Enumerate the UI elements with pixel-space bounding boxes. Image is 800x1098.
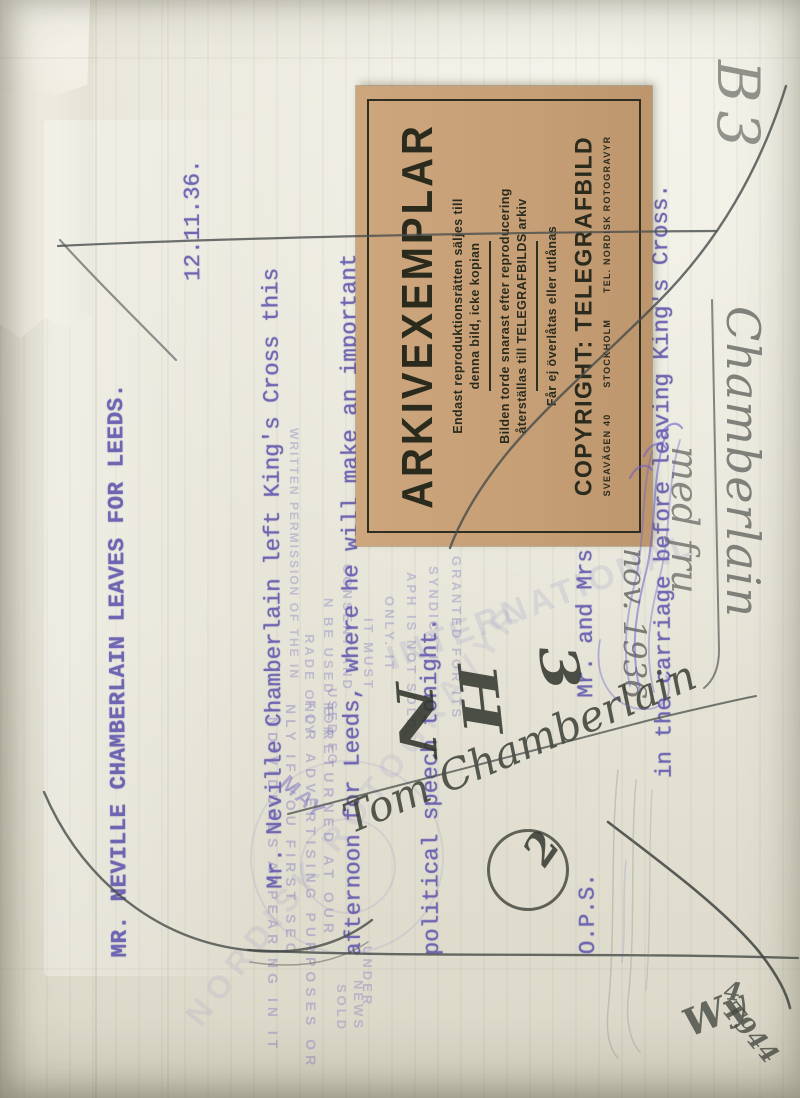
label-divider — [489, 241, 491, 391]
corner-scribble-wy: Wy — [676, 980, 752, 1046]
label-text: denna bild, — [468, 315, 482, 389]
label-text-bold: icke kopian — [468, 243, 482, 316]
caption-date-line: 12.11.36. — [179, 157, 211, 957]
archive-label-frame: ARKIVEXEMPLAR Endast reproduktionsrätten… — [367, 99, 641, 533]
corner-scribble-t944: T944 — [717, 996, 785, 1069]
label-address: SVEAVÄGEN 40 — [602, 414, 612, 497]
caption-line: Mr. Neville Chamberlain left King's Cros… — [257, 156, 289, 956]
label-condition-line: Endast reproduktionsrätten säljes till — [450, 198, 467, 433]
photo-back: INTERNATIONAL NORDISK ROTOGRAVYR GRANTED… — [0, 0, 800, 1098]
circled-number: 2 — [487, 829, 569, 911]
label-text: Endast — [451, 386, 465, 434]
label-return-line1: Bilden torde snarast efter reproducering — [497, 188, 514, 444]
label-address-row: SVEAVÄGEN 40 STOCKHOLM TEL. NORDISK ROTO… — [602, 136, 612, 497]
label-text-bold: reproduktionsrätten — [451, 259, 465, 385]
caption-date: 12.11.36. — [179, 159, 206, 281]
caption-line: in the carriage before leaving King's Cr… — [647, 154, 679, 954]
label-lend-line: Får ej överlåtas eller utlånas — [544, 226, 561, 406]
stamp-fragment: SOLD — [334, 984, 349, 1032]
label-city: STOCKHOLM — [602, 319, 612, 388]
corner-code-b3: B3 — [704, 60, 772, 156]
corner-scribble-4: 4 — [722, 976, 743, 1007]
crease-line — [0, 57, 800, 59]
archive-label: ARKIVEXEMPLAR Endast reproduktionsrätten… — [356, 86, 652, 546]
label-condition-line2: denna bild, icke kopian — [467, 243, 484, 390]
label-divider — [536, 241, 538, 391]
crease-line — [0, 968, 800, 970]
label-copyright: COPYRIGHT: TELEGRAFBILD — [569, 136, 597, 496]
caption-title: MR. NEVILLE CHAMBERLAIN LEAVES FOR LEEDS… — [101, 157, 133, 957]
label-telephone: TEL. NORDISK ROTOGRAVYR — [602, 136, 612, 293]
label-return-line2: återställas till TELEGRAFBILDS arkiv — [514, 198, 531, 433]
stamp-fragment: NEWS — [351, 980, 366, 1031]
typed-caption: MR. NEVILLE CHAMBERLAIN LEAVES FOR LEEDS… — [49, 157, 263, 958]
label-text: säljes till — [451, 198, 465, 259]
archive-label-title: ARKIVEXEMPLAR — [394, 123, 443, 509]
tape-piece-top — [2, 0, 90, 96]
